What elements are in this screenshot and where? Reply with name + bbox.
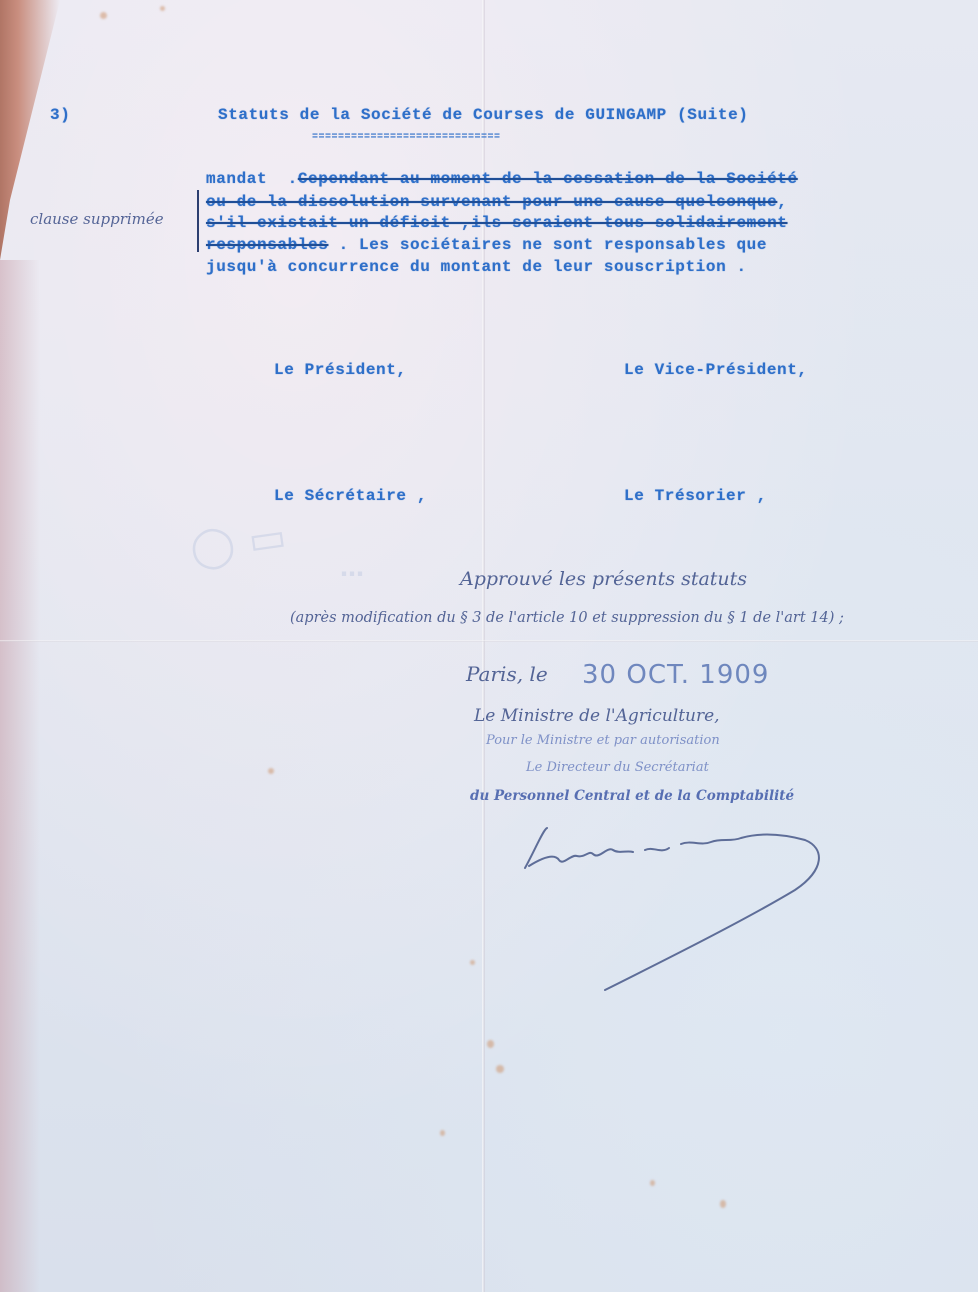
approval-place: Paris, le xyxy=(466,662,548,686)
stamp-line-2: Le Directeur du Secrétariat xyxy=(526,760,709,775)
rust-stain xyxy=(470,960,475,965)
bleed-through-mark: ⋯ xyxy=(340,560,364,588)
page-edge-tint xyxy=(0,260,40,1292)
date-stamp: 30 OCT. 1909 xyxy=(582,660,769,690)
bleed-through-mark: ◯ ▭ xyxy=(187,514,289,573)
approval-line-2: (après modification du § 3 de l'article … xyxy=(290,610,844,626)
signatory-president: Le Président, xyxy=(274,361,407,379)
struck-text: ou de la dissolution survenant pour une … xyxy=(206,193,777,211)
page-number: 3) xyxy=(50,106,70,124)
document-title: Statuts de la Société de Courses de GUIN… xyxy=(218,106,748,124)
stamp-line-1: Pour le Ministre et par autorisation xyxy=(486,733,720,748)
rust-stain xyxy=(650,1180,655,1186)
body-text: jusqu'à concurrence du montant de leur s… xyxy=(206,258,747,276)
signature xyxy=(515,820,835,1005)
struck-text: Cependant au moment de la cessation de l… xyxy=(298,170,798,188)
horizontal-fold-crease xyxy=(0,640,978,642)
rust-stain xyxy=(100,12,107,19)
body-line: s'il existait un déficit ,ils seraient t… xyxy=(206,214,788,232)
body-line: ou de la dissolution survenant pour une … xyxy=(206,193,788,211)
scanned-page: ◯ ▭ ⋯ 3) Statuts de la Société de Course… xyxy=(0,0,978,1292)
rust-stain xyxy=(160,6,165,11)
signature-scrawl-icon xyxy=(515,820,835,1000)
rust-stain xyxy=(496,1065,504,1073)
body-text: mandat . xyxy=(206,170,298,188)
body-text: , xyxy=(777,193,787,211)
rust-stain xyxy=(440,1130,445,1136)
body-line: mandat .Cependant au moment de la cessat… xyxy=(206,170,798,188)
struck-text: s'il existait un déficit ,ils seraient t… xyxy=(206,214,788,232)
minister-title: Le Ministre de l'Agriculture, xyxy=(474,706,720,726)
signatory-treasurer: Le Trésorier , xyxy=(624,487,767,505)
margin-bracket xyxy=(197,190,203,252)
signatory-secretary: Le Sécrétaire , xyxy=(274,487,427,505)
body-line: jusqu'à concurrence du montant de leur s… xyxy=(206,258,747,276)
body-text: . Les sociétaires ne sont responsables q… xyxy=(328,236,767,254)
rust-stain xyxy=(720,1200,726,1208)
approval-line-1: Approuvé les présents statuts xyxy=(460,568,747,590)
struck-text: responsables xyxy=(206,236,328,254)
stamp-line-3: du Personnel Central et de la Comptabili… xyxy=(470,788,794,804)
rust-stain xyxy=(487,1040,494,1048)
title-underline: ============================= xyxy=(312,132,501,143)
margin-note: clause supprimée xyxy=(30,210,164,228)
body-line: responsables . Les sociétaires ne sont r… xyxy=(206,236,767,254)
signatory-vice-president: Le Vice-Président, xyxy=(624,361,808,379)
rust-stain xyxy=(268,768,274,774)
